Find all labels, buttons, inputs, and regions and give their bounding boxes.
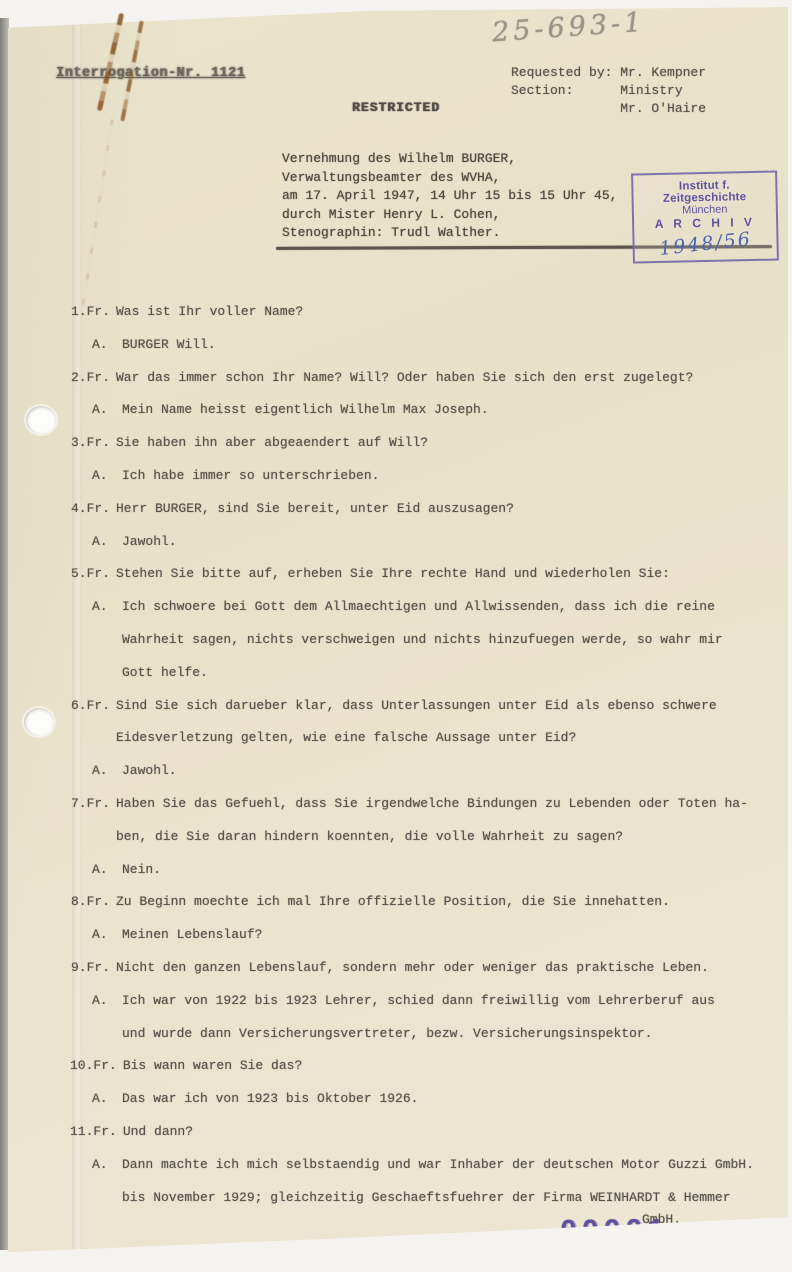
question-row: 5.Fr.Stehen Sie bitte auf, erheben Sie I… xyxy=(70,558,786,591)
answer-text: Ich schwoere bei Gott dem Allmaechtigen … xyxy=(110,591,723,689)
answer-row: A.BURGER Will. xyxy=(70,329,786,362)
question-number: 10.Fr. xyxy=(70,1050,117,1083)
answer-text: Mein Name heisst eigentlich Wilhelm Max … xyxy=(110,394,489,427)
scanner-edge-strip xyxy=(0,18,9,1250)
answer-row: A.Jawohl. xyxy=(70,755,786,788)
scanned-document-canvas: 25-693-1 Interrogation-Nr. 1121 Requeste… xyxy=(0,0,792,1272)
question-text: Haben Sie das Gefuehl, dass Sie irgendwe… xyxy=(110,788,748,854)
heading-line-interrogator: durch Mister Henry L. Cohen, xyxy=(282,207,500,222)
question-text: Nicht den ganzen Lebenslauf, sondern meh… xyxy=(110,952,709,985)
answer-label: A. xyxy=(92,394,110,427)
answer-text: Ich war von 1922 bis 1923 Lehrer, schied… xyxy=(110,985,715,1051)
answer-row: A.Jawohl. xyxy=(70,526,786,559)
question-text: Herr BURGER, sind Sie bereit, unter Eid … xyxy=(110,493,514,526)
answer-label: A. xyxy=(92,591,110,624)
question-text: Zu Beginn moechte ich mal Ihre offiziell… xyxy=(110,886,670,919)
question-row: 7.Fr.Haben Sie das Gefuehl, dass Sie irg… xyxy=(70,788,786,854)
requested-by-line: Requested by: Mr. Kempner xyxy=(511,65,706,80)
answer-text: Das war ich von 1923 bis Oktober 1926. xyxy=(110,1083,418,1116)
archive-stamp: Institut f. Zeitgeschichte München A R C… xyxy=(631,170,779,263)
heading-line-datetime: am 17. April 1947, 14 Uhr 15 bis 15 Uhr … xyxy=(282,188,617,203)
punch-hole xyxy=(24,708,54,736)
answer-label: A. xyxy=(92,985,110,1018)
answer-row: A.Mein Name heisst eigentlich Wilhelm Ma… xyxy=(70,394,786,427)
answer-label: A. xyxy=(92,1083,110,1116)
question-number: 6.Fr. xyxy=(70,690,110,723)
question-row: 10.Fr.Bis wann waren Sie das? xyxy=(70,1050,786,1083)
answer-text: Meinen Lebenslauf? xyxy=(110,919,262,952)
answer-text: Ich habe immer so unterschrieben. xyxy=(110,460,379,493)
question-number: 11.Fr. xyxy=(70,1116,117,1149)
answer-row: A.Ich habe immer so unterschrieben. xyxy=(70,460,786,493)
answer-label: A. xyxy=(92,329,110,362)
answer-label: A. xyxy=(92,919,110,952)
question-text: Und dann? xyxy=(117,1116,193,1149)
answer-text: Jawohl. xyxy=(110,755,177,788)
answer-text: Nein. xyxy=(110,854,161,887)
archive-stamp-institute: Institut f. Zeitgeschichte xyxy=(637,179,771,206)
question-row: 11.Fr.Und dann? xyxy=(70,1116,786,1149)
question-number: 3.Fr. xyxy=(70,427,110,460)
heading-line-subject: Vernehmung des Wilhelm BURGER, xyxy=(282,151,516,166)
question-text: Stehen Sie bitte auf, erheben Sie Ihre r… xyxy=(110,558,670,591)
page-number-stamp: 00001 xyxy=(560,1215,669,1247)
heading-line-stenographer: Stenographin: Trudl Walther. xyxy=(282,225,500,240)
question-text: Bis wann waren Sie das? xyxy=(117,1050,302,1083)
punch-hole xyxy=(26,406,56,434)
question-number: 2.Fr. xyxy=(70,362,110,395)
archive-stamp-number: 1948/56 xyxy=(638,226,774,262)
interrogator-line: Mr. O'Haire xyxy=(511,101,706,116)
question-number: 4.Fr. xyxy=(70,493,110,526)
question-text: War das immer schon Ihr Name? Will? Oder… xyxy=(110,362,693,395)
classification-marking: RESTRICTED xyxy=(352,100,440,115)
question-number: 1.Fr. xyxy=(70,296,110,329)
answer-label: A. xyxy=(92,1149,110,1182)
answer-row: A.Ich schwoere bei Gott dem Allmaechtige… xyxy=(70,591,786,689)
question-row: 3.Fr.Sie haben ihn aber abgeaendert auf … xyxy=(70,427,786,460)
question-text: Sie haben ihn aber abgeaendert auf Will? xyxy=(110,427,428,460)
answer-text: BURGER Will. xyxy=(110,329,216,362)
section-line: Section: Ministry xyxy=(511,83,683,98)
heading-line-role: Verwaltungsbeamter des WVHA, xyxy=(282,170,500,185)
header-right-block: Requested by: Mr. Kempner Section: Minis… xyxy=(511,64,706,118)
question-row: 4.Fr.Herr BURGER, sind Sie bereit, unter… xyxy=(70,493,786,526)
answer-label: A. xyxy=(92,854,110,887)
answer-text: Jawohl. xyxy=(110,526,177,559)
answer-label: A. xyxy=(92,526,110,559)
answer-row: A.Nein. xyxy=(70,854,786,887)
question-number: 5.Fr. xyxy=(70,558,110,591)
question-text: Sind Sie sich darueber klar, dass Unterl… xyxy=(110,690,717,756)
answer-row: A.Ich war von 1922 bis 1923 Lehrer, schi… xyxy=(70,985,786,1051)
answer-row: A.Meinen Lebenslauf? xyxy=(70,919,786,952)
answer-row: A.Das war ich von 1923 bis Oktober 1926. xyxy=(70,1083,786,1116)
question-number: 8.Fr. xyxy=(70,886,110,919)
document-number: Interrogation-Nr. 1121 xyxy=(56,66,245,81)
question-row: 1.Fr.Was ist Ihr voller Name? xyxy=(70,296,786,329)
interrogation-heading: Vernehmung des Wilhelm BURGER, Verwaltun… xyxy=(282,150,617,243)
qa-transcript: 1.Fr.Was ist Ihr voller Name?A.BURGER Wi… xyxy=(70,296,786,1214)
answer-label: A. xyxy=(92,460,110,493)
question-row: 6.Fr.Sind Sie sich darueber klar, dass U… xyxy=(70,690,786,756)
question-row: 9.Fr.Nicht den ganzen Lebenslauf, sonder… xyxy=(70,952,786,985)
document-page: 25-693-1 Interrogation-Nr. 1121 Requeste… xyxy=(8,4,788,1256)
question-number: 7.Fr. xyxy=(70,788,110,821)
answer-label: A. xyxy=(92,755,110,788)
pencil-note: 25-693-1 xyxy=(491,7,646,49)
question-row: 2.Fr.War das immer schon Ihr Name? Will?… xyxy=(70,362,786,395)
question-number: 9.Fr. xyxy=(70,952,110,985)
question-row: 8.Fr.Zu Beginn moechte ich mal Ihre offi… xyxy=(70,886,786,919)
question-text: Was ist Ihr voller Name? xyxy=(110,296,303,329)
